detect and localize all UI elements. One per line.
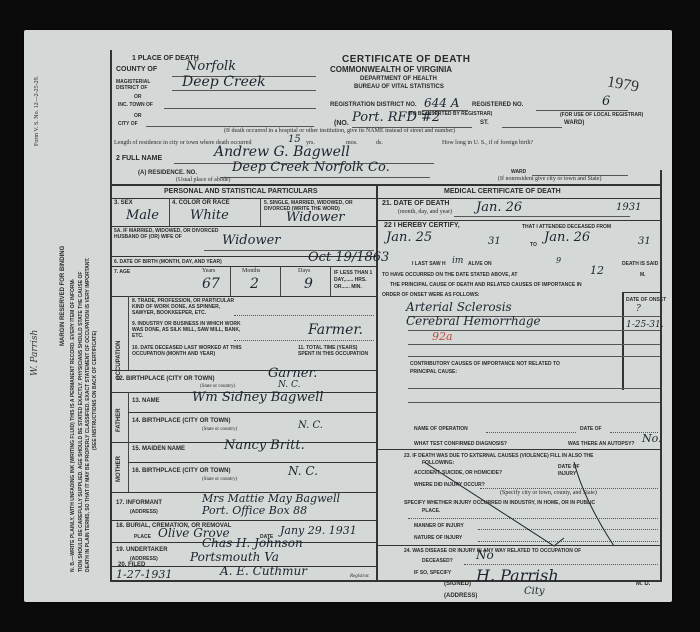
street-label: St.	[480, 120, 489, 126]
cause-code-annotation: 92a	[432, 330, 453, 343]
bureau: Bureau of Vital Statistics	[354, 84, 444, 90]
burial-place-label: Place	[134, 534, 151, 540]
cause-2-value: Cerebral Hemorrhage	[406, 314, 541, 328]
age-days-value: 9	[304, 276, 313, 292]
race-value: White	[190, 208, 229, 223]
industry-label: 9. Industry or business in which work wa…	[132, 321, 242, 339]
mother-birthplace-value: N. C.	[288, 464, 318, 478]
registered-note: (For use of local registrar)	[560, 112, 643, 118]
principal-label-2: order of onset were as follows:	[382, 292, 480, 298]
binding-note: Margin Reserved for Binding	[60, 246, 66, 346]
sex-value: Male	[126, 208, 159, 223]
registrar-signature: A. E. Cuthmur	[220, 564, 307, 578]
nonresident-note: (If nonresident give city or town and St…	[498, 176, 601, 182]
age-years-value: 67	[202, 276, 220, 292]
left-border	[110, 50, 112, 580]
total-time-label: 11. Total time (years) spent in this occ…	[298, 345, 372, 357]
strike-lines	[404, 450, 664, 550]
undertaker-value: Chas H. Johnson	[202, 536, 303, 550]
occupation-side-label: Occupation	[116, 341, 122, 380]
spouse-label: 5a. If married, widowed, or divorced hus…	[114, 228, 224, 240]
md-label: M. D.	[636, 581, 650, 587]
town-field	[164, 108, 316, 109]
autopsy-label: Was there an autopsy?	[568, 441, 635, 447]
mother-birthplace-label: 16. Birthplace (city or town)	[132, 468, 230, 474]
age-label: 7. Age	[114, 269, 130, 275]
physician-address-value: City	[524, 586, 545, 597]
informant-address-label: (Address)	[130, 509, 158, 515]
occupation-related-value: No	[476, 548, 494, 562]
signed-label: (Signed)	[444, 581, 471, 587]
last-saw-pronoun: im	[452, 256, 463, 266]
residence-sub-label: (Usual place of abode)	[176, 177, 230, 183]
medical-section-title: Medical Certificate of Death	[444, 188, 561, 195]
less-than-day-label: If less than 1 day,...... hrs. or...... …	[334, 270, 376, 291]
operation-label: Name of operation	[414, 426, 468, 432]
form-number: Form V. S. No. 12—2-25-29.	[34, 76, 40, 146]
race-label: 4. Color or Race	[172, 200, 230, 206]
onset-column-divider	[622, 292, 624, 390]
father-state-label: (State or country)	[202, 427, 237, 432]
physician-address-label: (Address)	[444, 593, 477, 599]
certificate-title: Certificate of Death	[342, 54, 471, 65]
physician-signature: H. Parrish	[476, 566, 559, 585]
city-label: City of	[118, 121, 138, 127]
informant-address-value: Port. Office Box 88	[202, 504, 307, 517]
birthplace-state-value: N. C.	[278, 380, 300, 390]
mother-maiden-value: Nancy Britt.	[224, 438, 305, 453]
registered-no-label: Registered No.	[472, 102, 523, 108]
onset-header: Date of onset	[626, 297, 666, 303]
if-so-label: If so, specify	[414, 570, 451, 576]
death-address-value: Port. RFD #2	[352, 110, 440, 125]
dob-label: 6. Date of Birth (month, day, and year)	[114, 259, 222, 265]
years-label: Years	[202, 268, 215, 274]
sex-label: 3. Sex	[114, 200, 133, 206]
contributory-label-2: principal cause:	[410, 369, 457, 375]
spouse-value: Widower	[222, 233, 280, 248]
mother-side-label: Mother	[116, 456, 122, 482]
dod-sub-label: (month, day, and year)	[398, 209, 452, 215]
days-unit: ds.	[376, 140, 383, 146]
marital-value: Widower	[286, 210, 344, 225]
death-said-label: death is said	[622, 261, 658, 267]
registered-no-value: 6	[602, 94, 610, 109]
attended-from-value: Jan. 25	[386, 230, 432, 245]
residence-value: Deep Creek Norfolk Co.	[232, 160, 390, 175]
town-label: Inc. Town of	[118, 102, 153, 108]
last-worked-label: 10. Date deceased last worked at this oc…	[132, 345, 242, 357]
father-birthplace-value: N. C.	[298, 420, 323, 431]
registration-district-value: 644 A	[424, 96, 459, 110]
mother-state-label: (State or country)	[202, 477, 237, 482]
days-label: Days	[298, 268, 310, 274]
death-certificate: Form V. S. No. 12—2-25-29. W. Parrish Ma…	[24, 30, 672, 602]
city-field	[146, 126, 314, 127]
undertaker-label: 19. Undertaker	[116, 547, 168, 553]
ward-label: Ward)	[564, 120, 584, 126]
time-value: 12	[590, 264, 604, 277]
magisterial-label: Magisterial District of	[116, 79, 166, 91]
alive-on-label: alive on	[468, 261, 492, 267]
attended-to-year: 31	[638, 236, 651, 247]
or-label-2: or	[134, 113, 142, 119]
birthplace-city-value: Garner.	[268, 366, 317, 381]
attended-to-value: Jan. 26	[544, 230, 590, 245]
to-label: to	[530, 242, 537, 248]
trade-label: 8. Trade, profession, or particular kind…	[132, 298, 242, 316]
dod-label: 21. Date of Death	[382, 200, 449, 207]
registrar-label: Registrar.	[350, 574, 370, 579]
age-months-value: 2	[250, 276, 259, 292]
stamp-number: 1979	[606, 73, 641, 96]
or-label-1: or	[134, 94, 142, 100]
bottom-border	[110, 580, 662, 582]
certify-label: 22 I Hereby Certify,	[384, 222, 460, 229]
test-label: What test confirmed diagnosis?	[414, 441, 507, 447]
father-name-value: Wm Sidney Bagwell	[192, 390, 324, 405]
occurred-label: to have occurred on the date stated abov…	[382, 272, 517, 278]
autopsy-value: No.	[642, 432, 662, 445]
dob-value: Oct 19/1863	[308, 250, 389, 265]
last-saw-date: 9	[556, 256, 561, 265]
father-birthplace-label: 14. Birthplace (city or town)	[132, 418, 230, 424]
mother-maiden-label: 15. Maiden Name	[132, 446, 185, 452]
county-label: County of	[116, 66, 157, 73]
occupation-related-label-2: deceased?	[422, 558, 453, 564]
contributory-label-1: Contributory causes of importance not re…	[410, 361, 560, 367]
father-side-label: Father	[116, 408, 122, 432]
registration-district-label: Registration District No.	[330, 102, 417, 108]
informant-label: 17. Informant	[116, 500, 162, 506]
residence-label: (a) Residence. No.	[138, 170, 197, 176]
industry-value: Farmer.	[308, 322, 363, 338]
hospital-note: (If death occurred in a hospital or othe…	[224, 128, 455, 134]
birthplace-state-label: (State or country)	[200, 384, 235, 389]
instructions-line-3: death in plain terms, so that it may be …	[85, 258, 91, 572]
residence-ward-label: Ward	[511, 169, 526, 175]
last-saw-label: I last saw h	[412, 261, 446, 267]
filed-date-value: 1-27-1931	[116, 568, 172, 581]
time-suffix: M.	[640, 272, 646, 278]
department: Department of Health	[360, 76, 437, 82]
undertaker-address-value: Portsmouth Va	[190, 550, 279, 564]
address-no-label: (No.	[334, 120, 349, 127]
trade-field	[234, 315, 374, 316]
foreign-birth-label: How long in U. S., if of foreign birth?	[442, 140, 533, 146]
cause-1-onset: ?	[636, 304, 641, 314]
birthplace-label: 12. Birthplace (city or town)	[116, 376, 214, 382]
operation-date-label: Date of	[580, 426, 602, 432]
cause-1-value: Arterial Sclerosis	[406, 300, 512, 314]
father-name-label: 13. Name	[132, 398, 160, 404]
personal-section-title: Personal and Statistical Particulars	[164, 188, 317, 195]
attended-from-year: 31	[488, 236, 501, 247]
margin-signature: W. Parrish	[30, 330, 40, 376]
full-name-label: 2 Full Name	[116, 155, 162, 162]
column-divider	[376, 184, 378, 580]
dod-value: Jan. 26	[476, 200, 522, 215]
instructions-line-2: tion should be carefully supplied. Age s…	[78, 272, 84, 572]
certificate-subtitle: Commonwealth of Virginia	[330, 65, 452, 74]
cause-2-onset: 1-25-31.	[626, 320, 664, 330]
county-value: Norfolk	[186, 59, 236, 74]
instructions-line-4: (See instructions on back of certificate…	[92, 331, 98, 450]
months-label: Months	[242, 268, 260, 274]
principal-label-1: The principal cause of death and related…	[390, 282, 582, 288]
instructions-line-1: N. B.—Write plainly, with unfading ink (…	[70, 279, 76, 572]
full-name-value: Andrew G. Bagwell	[214, 144, 350, 160]
dod-year-value: 1931	[616, 202, 641, 213]
magisterial-value: Deep Creek	[182, 74, 266, 90]
